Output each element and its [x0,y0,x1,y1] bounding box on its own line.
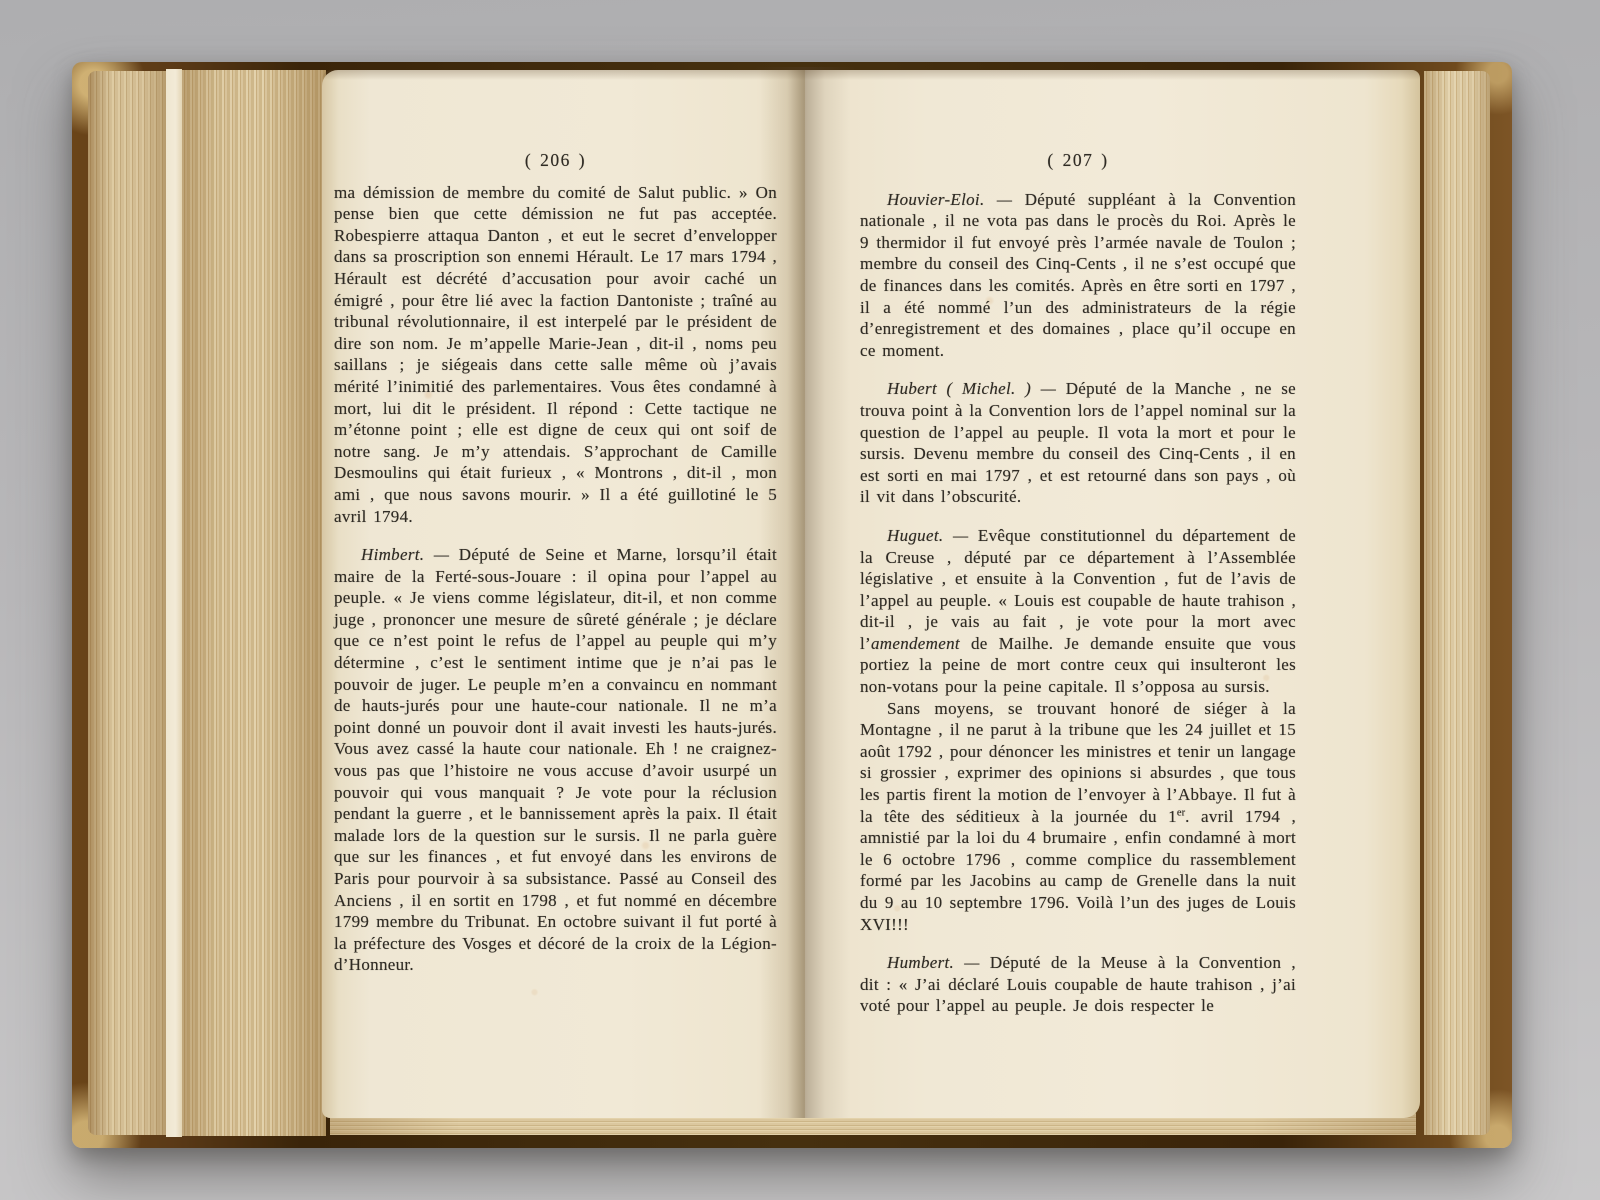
page-edges-right [1424,71,1490,1135]
entry-text: Député suppléant à la Convention nationa… [860,190,1296,360]
photo-background: ( 206 ) ma démission de membre du comité… [0,0,1600,1200]
page-206-content: ( 206 ) ma démission de membre du comité… [334,150,777,976]
entry-text: Député de la Manche , ne se trouva point… [860,379,1296,506]
book [72,62,1512,1148]
entry-paragraph: Himbert. — Député de Seine et Marne, lor… [334,544,777,976]
entry-name: Houvier-Eloi. — [887,190,1012,209]
entry-name: Himbert. — [361,545,449,564]
entry-name: Humbert. — [887,953,980,972]
page-207-content: ( 207 ) Houvier-Eloi. — Député suppléant… [860,150,1296,1017]
page-number-right: ( 207 ) [860,150,1296,172]
entry-text: ma démission de membre du comité de Salu… [334,183,777,526]
entry-text: Evêque constitutionnel du département de… [860,526,1296,696]
entry-paragraph: ma démission de membre du comité de Salu… [334,182,777,528]
page-edges-left-sliver [166,69,182,1137]
page-edges-left-inner [182,70,326,1136]
page-206-text: ma démission de membre du comité de Salu… [334,182,777,976]
entry-paragraph: Huguet. — Evêque constitutionnel du dépa… [860,525,1296,698]
entry-text: Député de Seine et Marne, lorsqu’il étai… [334,545,777,974]
entry-name: Hubert ( Michel. ) — [887,379,1056,398]
entry-paragraph: Houvier-Eloi. — Député suppléant à la Co… [860,189,1296,362]
page-number-left: ( 206 ) [334,150,777,172]
page-207-text: Houvier-Eloi. — Député suppléant à la Co… [860,189,1296,1017]
entry-paragraph: Sans moyens, se trouvant honoré de siége… [860,698,1296,936]
page-edges-left-outer [88,71,166,1135]
entry-paragraph: Hubert ( Michel. ) — Député de la Manche… [860,378,1296,508]
entry-name: Huguet. — [887,526,968,545]
entry-paragraph: Humbert. — Député de la Meuse à la Conve… [860,952,1296,1017]
entry-text: Sans moyens, se trouvant honoré de siége… [860,699,1296,934]
